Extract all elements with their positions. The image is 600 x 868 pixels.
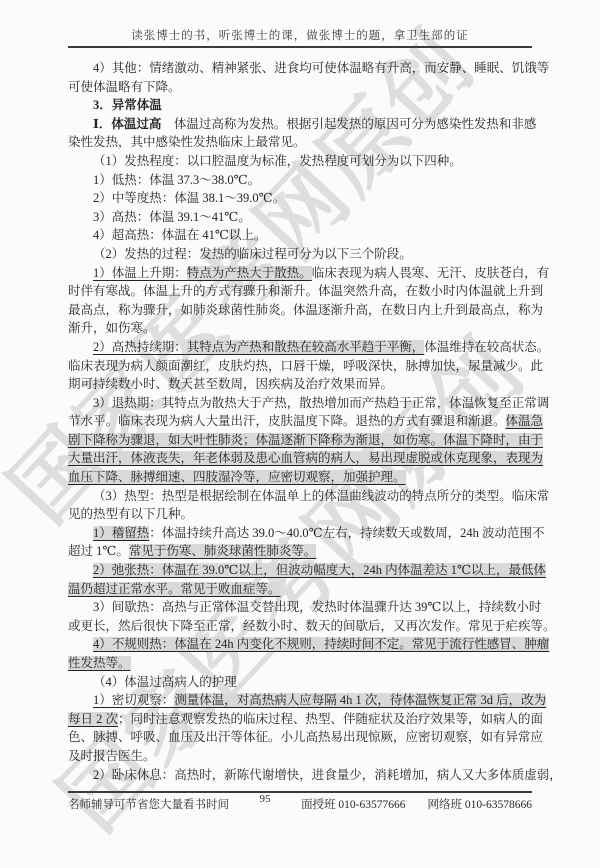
text-segment: 或更长，然后很快下降至正常，经数小时、数天的间歇后，又再次发作。常见于疟疾等。 bbox=[68, 619, 556, 633]
text-line: 染性发热，其中感染性发热临床上最常见。 bbox=[68, 133, 534, 152]
text-line: Ⅰ．体温过高 体温过高称为发热。根据引起发热的原因可分为感染性发热和非感 bbox=[68, 115, 534, 134]
text-line: 1）稽留热：体温持续升高达 39.0～40.0℃左右，持续数天或数周，24h 波… bbox=[68, 524, 534, 543]
text-segment: 2）高热持续期： bbox=[93, 340, 187, 354]
text-segment: （4）体温过高病人的护理 bbox=[93, 675, 237, 689]
text-line: 4）超高热：体温在 41℃以上。 bbox=[68, 226, 534, 245]
text-line: 剧下降称为骤退，如大叶性肺炎；体温逐渐下降称为渐退，如伤寒。体温下降时，由于 bbox=[68, 431, 534, 450]
text-line: （3）热型：热型是根据绘制在体温单上的体温曲线波动的特点所分的类型。临床常 bbox=[68, 487, 534, 506]
text-segment: 1）密切观察： bbox=[93, 693, 174, 707]
text-segment: 见的热型有以下几种。 bbox=[68, 507, 193, 521]
footer-phone-online: 网络班 010-63578666 bbox=[428, 796, 532, 812]
document-lines: 4）其他：情绪激动、精神紧张、进食均可使体温略有升高，而安静、睡眠、饥饿等可使体… bbox=[68, 59, 534, 784]
text-segment: 2）弛张热：体温在 39.0℃以上，但波动幅度大，24h 内体温差达 1℃以上，… bbox=[93, 563, 546, 577]
text-line: 性发热等。 bbox=[68, 654, 534, 673]
text-segment: 大量出汗，体液丧失，年老体弱及患心血管病的病人，易出现虚脱或休克现象，表现为 bbox=[68, 451, 543, 465]
text-segment: ；同时注意观察发热的临床过程、热型、伴随症状及治疗效果等，如病人的面 bbox=[118, 712, 543, 726]
page-number: 95 bbox=[229, 793, 301, 805]
text-segment: 常见于伤寒、肺炎球菌性肺炎等。 bbox=[129, 544, 317, 558]
text-segment: 2）卧床休息：高热时，新陈代谢增快，进食量少，消耗增加，病人又大多体质虚弱， bbox=[93, 768, 562, 782]
text-line: 最高点，称为骤升，如肺炎球菌性肺炎。体温逐渐升高，在数日内上升到最高点，称为 bbox=[68, 301, 534, 320]
text-segment: 3）高热：体温 39.1～41℃。 bbox=[93, 210, 251, 224]
text-line: 2）弛张热：体温在 39.0℃以上，但波动幅度大，24h 内体温差达 1℃以上，… bbox=[68, 561, 534, 580]
text-line: 1）体温上升期：特点为产热大于散热。临床表现为病人畏寒、无汗、皮肤苍白，有 bbox=[68, 264, 534, 283]
text-segment: 血压下降、脉搏细速、四肢湿冷等，应密切观察，加强护理。 bbox=[68, 470, 406, 484]
text-line: 3）退热期：其特点为散热大于产热，散热增加而产热趋于正常，体温恢复至正常调 bbox=[68, 394, 534, 413]
text-segment: 时伴有寒战。体温上升的方式有骤升和渐升。体温突然升高，在数小时内体温就上升到 bbox=[68, 284, 543, 298]
text-segment: 最高点，称为骤升，如肺炎球菌性肺炎。体温逐渐升高，在数日内上升到最高点，称为 bbox=[68, 303, 543, 317]
text-segment: 及时报告医生。 bbox=[68, 749, 156, 763]
text-line: 2）高热持续期：其特点为产热和散热在较高水平趋于平衡，体温维持在较高状态。 bbox=[68, 338, 534, 357]
text-segment: 色、脉搏、呼吸、血压及出汗等体征。小儿高热易出现惊厥，应密切观察，如有异常应 bbox=[68, 730, 543, 744]
text-segment: 染性发热，其中感染性发热临床上最常见。 bbox=[68, 135, 306, 149]
text-segment: 1）体温上升期： bbox=[93, 266, 187, 280]
text-line: 3）间歇热：高热与正常体温交替出现，发热时体温骤升达 39℃以上，持续数小时 bbox=[68, 598, 534, 617]
text-line: 节水平。临床表现为病人大量出汗，皮肤温度下降。退热的方式有骤退和渐退。体温急 bbox=[68, 412, 534, 431]
text-segment: 测量体温，对高热病人应每隔 4h 1 次，待体温恢复正常 3d 后，改为 bbox=[174, 693, 546, 707]
text-segment: 节水平。临床表现为病人大量出汗，皮肤温度下降。退热的方式有骤退和渐退。 bbox=[68, 414, 506, 428]
text-segment: （1）发热程度：以口腔温度为标准，发热程度可划分为以下四种。 bbox=[93, 154, 462, 168]
text-line: 1）密切观察：测量体温，对高热病人应每隔 4h 1 次，待体温恢复正常 3d 后… bbox=[68, 691, 534, 710]
text-segment: 临床表现为病人颜面潮红，皮肤灼热，口唇干燥，呼吸深快，脉搏加快，尿量减少。此 bbox=[68, 359, 543, 373]
text-segment: 可使体温略有下降。 bbox=[68, 80, 181, 94]
text-segment: 体温急 bbox=[506, 414, 544, 428]
text-line: 3）高热：体温 39.1～41℃。 bbox=[68, 208, 534, 227]
text-line: （1）发热程度：以口腔温度为标准，发热程度可划分为以下四种。 bbox=[68, 152, 534, 171]
footer-phone-onsite: 面授班 010-63577666 bbox=[301, 796, 405, 812]
text-line: 超过 1℃。常见于伤寒、肺炎球菌性肺炎等。 bbox=[68, 542, 534, 561]
text-segment: 3）间歇热：高热与正常体温交替出现，发热时体温骤升达 39℃以上，持续数小时 bbox=[93, 600, 541, 614]
text-segment: 剧下降称为骤退，如大叶性肺炎；体温逐渐下降称为渐退，如伤寒。体温下降时，由于 bbox=[68, 433, 543, 447]
text-segment: 特点为产热大于散热。 bbox=[187, 266, 312, 280]
header-rule bbox=[68, 46, 532, 48]
text-line: 期可持续数小时、数天甚至数周，因疾病及治疗效果而异。 bbox=[68, 375, 534, 394]
footer: 名师辅导可节省您大量看书时间 95 面授班 010-63577666 网络班 0… bbox=[68, 796, 532, 812]
text-segment: 渐升，如伤寒。 bbox=[68, 321, 156, 335]
text-line: 2）中等度热：体温 38.1～39.0℃。 bbox=[68, 189, 534, 208]
text-line: 4）其他：情绪激动、精神紧张、进食均可使体温略有升高，而安静、睡眠、饥饿等 bbox=[68, 59, 534, 78]
text-line: （2）发热的过程：发热的临床过程可分为以下三个阶段。 bbox=[68, 245, 534, 264]
text-line: 时伴有寒战。体温上升的方式有骤升和渐升。体温突然升高，在数小时内体温就上升到 bbox=[68, 282, 534, 301]
text-segment: 3．异常体温 bbox=[93, 98, 162, 112]
text-line: 每日 2 次；同时注意观察发热的临床过程、热型、伴随症状及治疗效果等，如病人的面 bbox=[68, 710, 534, 729]
text-segment: 其特点为产热和散热在较高水平趋于平衡， bbox=[187, 340, 425, 354]
text-segment: 超过 1℃。 bbox=[68, 544, 129, 558]
text-segment: Ⅰ．体温过高 bbox=[93, 117, 161, 131]
text-segment: ：体温持续升高达 39.0～40.0℃左右，持续数天或数周，24h 波动范围不 bbox=[149, 526, 544, 540]
text-segment: 每日 2 次 bbox=[68, 712, 118, 726]
text-segment: 体温维持在较高状态。 bbox=[424, 340, 549, 354]
text-line: 渐升，如伤寒。 bbox=[68, 319, 534, 338]
text-segment: 4）超高热：体温在 41℃以上。 bbox=[93, 228, 266, 242]
text-line: 大量出汗，体液丧失，年老体弱及患心血管病的病人，易出现虚脱或休克现象，表现为 bbox=[68, 449, 534, 468]
text-line: 可使体温略有下降。 bbox=[68, 78, 534, 97]
text-segment: 体温过高称为发热。根据引起发热的原因可分为感染性发热和非感 bbox=[161, 117, 536, 131]
text-segment: 4）其他：情绪激动、精神紧张、进食均可使体温略有升高，而安静、睡眠、饥饿等 bbox=[93, 61, 549, 75]
text-line: 3．异常体温 bbox=[68, 96, 534, 115]
text-line: 及时报告医生。 bbox=[68, 747, 534, 766]
header-slogan: 读张博士的书，听张博士的课，做张博士的题，拿卫生部的证 bbox=[68, 27, 532, 43]
text-segment: 临床表现为病人畏寒、无汗、皮肤苍白，有 bbox=[312, 266, 550, 280]
text-segment: 2）中等度热：体温 38.1～39.0℃。 bbox=[93, 191, 285, 205]
text-line: 血压下降、脉搏细速、四肢湿冷等，应密切观察，加强护理。 bbox=[68, 468, 534, 487]
text-line: 2）卧床休息：高热时，新陈代谢增快，进食量少，消耗增加，病人又大多体质虚弱， bbox=[68, 766, 534, 785]
text-line: 见的热型有以下几种。 bbox=[68, 505, 534, 524]
text-segment: （3）热型：热型是根据绘制在体温单上的体温曲线波动的特点所分的类型。临床常 bbox=[93, 489, 549, 503]
text-line: 色、脉搏、呼吸、血压及出汗等体征。小儿高热易出现惊厥，应密切观察，如有异常应 bbox=[68, 728, 534, 747]
scanned-document-page: 国家医考网原创 国家医考网原创 读张博士的书，听张博士的课，做张博士的题，拿卫生… bbox=[0, 0, 600, 868]
text-segment: 3）退热期：其特点为散热大于产热，散热增加而产热趋于正常，体温恢复至正常调 bbox=[93, 396, 549, 410]
footer-contacts: 面授班 010-63577666 网络班 010-63578666 bbox=[301, 796, 532, 812]
text-segment: 1）稽留热 bbox=[93, 526, 149, 540]
text-segment: 温仍超过正常水平。常见于败血症等。 bbox=[68, 582, 281, 596]
text-line: 温仍超过正常水平。常见于败血症等。 bbox=[68, 580, 534, 599]
text-line: 1）低热：体温 37.3～38.0℃。 bbox=[68, 171, 534, 190]
text-line: （4）体温过高病人的护理 bbox=[68, 673, 534, 692]
text-segment: 期可持续数小时、数天甚至数周，因疾病及治疗效果而异。 bbox=[68, 377, 393, 391]
text-segment: 性发热等。 bbox=[68, 656, 131, 670]
text-segment: 1）低热：体温 37.3～38.0℃。 bbox=[93, 173, 260, 187]
text-segment: （2）发热的过程：发热的临床过程可分为以下三个阶段。 bbox=[93, 247, 412, 261]
text-line: 4）不规则热：体温在 24h 内变化不规则，持续时间不定。常见于流行性感冒、肿瘤 bbox=[68, 635, 534, 654]
text-line: 临床表现为病人颜面潮红，皮肤灼热，口唇干燥，呼吸深快，脉搏加快，尿量减少。此 bbox=[68, 357, 534, 376]
text-segment: 4）不规则热：体温在 24h 内变化不规则，持续时间不定。常见于流行性感冒、肿瘤 bbox=[93, 637, 549, 651]
text-line: 或更长，然后很快下降至正常，经数小时、数天的间歇后，又再次发作。常见于疟疾等。 bbox=[68, 617, 534, 636]
footer-tagline: 名师辅导可节省您大量看书时间 bbox=[68, 796, 229, 812]
